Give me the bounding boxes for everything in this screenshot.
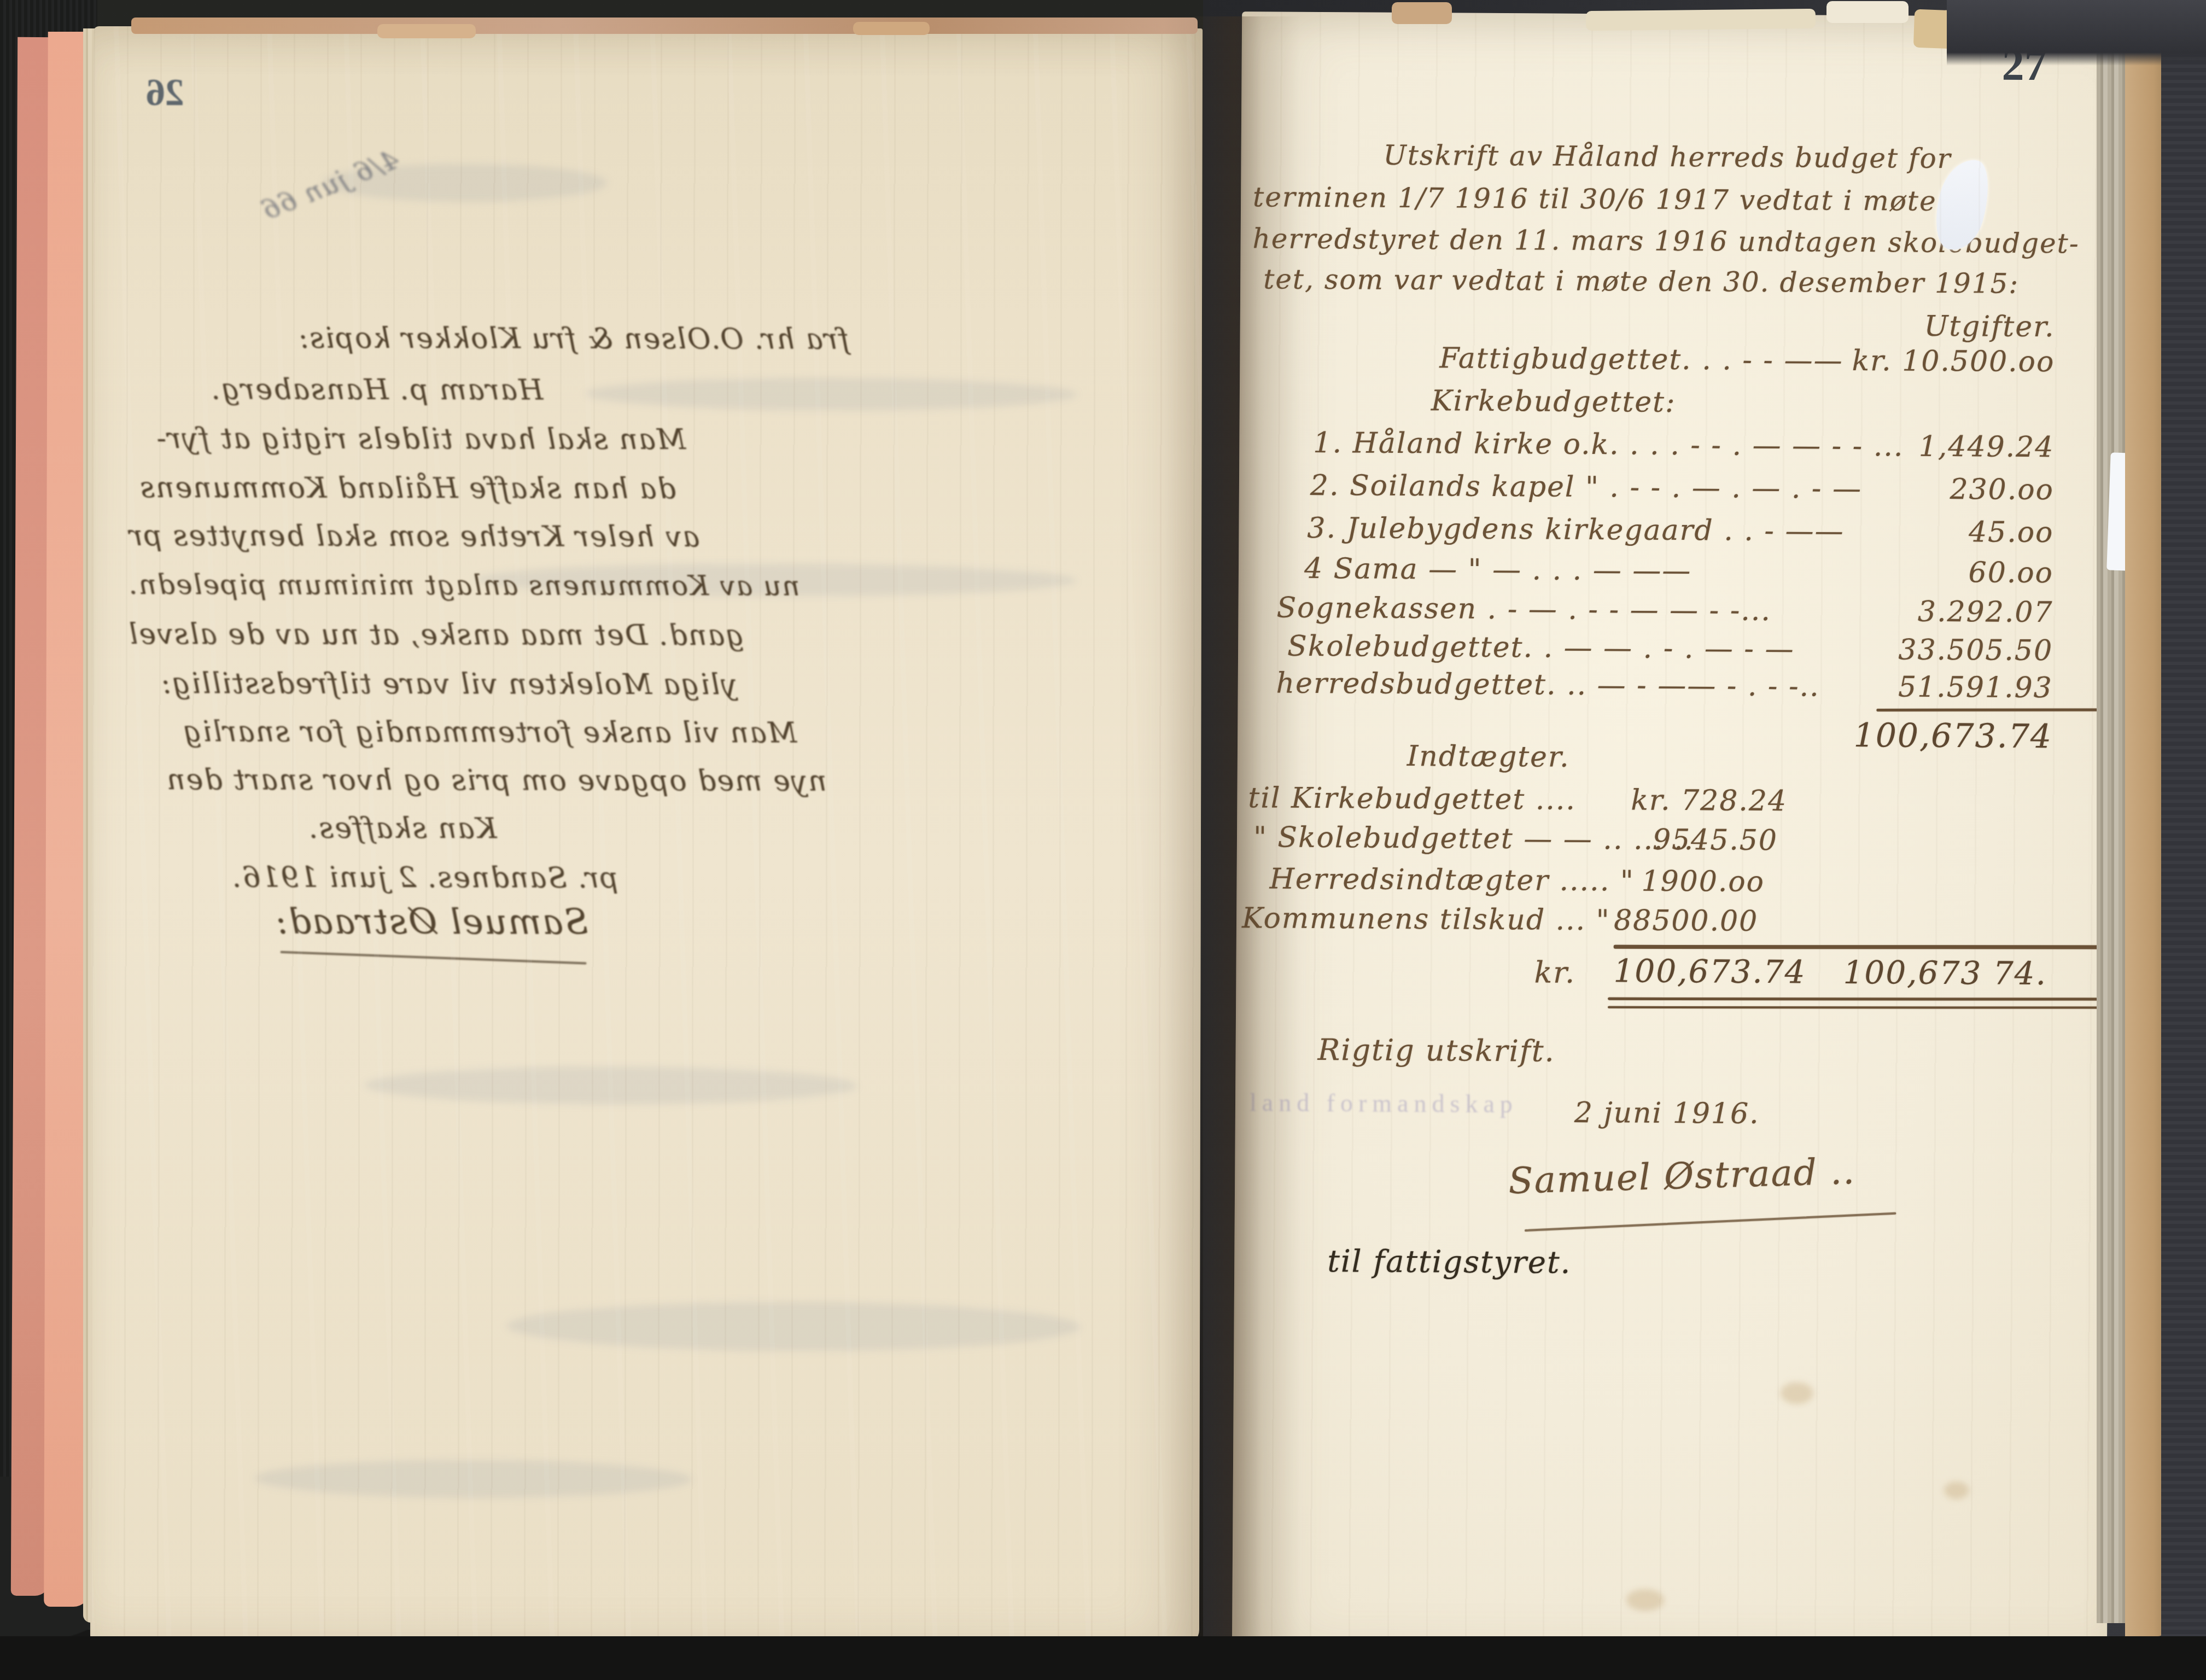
- archival-book-photo: 26 4/6 jun 66 fra hr. O.Olsen & fru Klok…: [0, 0, 2206, 1680]
- expense-row-label: 1. Håland kirke o.k. . . . - - . — — - -…: [1313, 427, 1904, 463]
- foxing-spot: [1626, 1589, 1664, 1611]
- left-page-number: 26: [146, 71, 184, 115]
- right-cover-cloth: [2161, 0, 2206, 1680]
- footer-note: til fattigstyret.: [1327, 1244, 1571, 1281]
- ghost-smudge: [475, 563, 1077, 597]
- expense-row-value: 51.591.93: [1898, 670, 2053, 704]
- expense-row-label: 3. Julebygdens kirkegaard . . - ——: [1307, 512, 1844, 548]
- signature-flourish: [1525, 1212, 1896, 1232]
- grand-total-right: 100,673 74.: [1843, 954, 2047, 992]
- bleedthrough-line: Haram p. Hansaberg.: [211, 373, 544, 406]
- grand-total-rule-1: [1608, 997, 2146, 1001]
- grand-total-currency: kr.: [1534, 955, 1575, 989]
- right-page: 27 Utskrift av Håland herreds budget for…: [1232, 11, 2117, 1665]
- paper-flaw-patch: [1927, 154, 1997, 256]
- ghost-stamp-text: land formandskap: [1250, 1088, 1518, 1118]
- expenses-heading: Utgifter.: [1924, 310, 2055, 343]
- bleedthrough-signature: Samuel Østraad:: [275, 902, 588, 943]
- expense-row-value: kr. 10.500.oo: [1852, 345, 2055, 378]
- expense-row-value: 1,449.24: [1919, 430, 2055, 464]
- expenses-total: 100,673.74: [1853, 716, 2052, 756]
- expense-row-label: Fattigbudgettet. . . - - ——: [1439, 342, 1843, 377]
- table-shadow: [0, 1636, 2206, 1680]
- grand-total-left: 100,673.74: [1613, 952, 1806, 990]
- income-row-label: " Skolebudgettet — — .. ... ..: [1253, 821, 1695, 856]
- bleedthrough-line: da han skaffe Håiland Kommunens: [139, 471, 676, 505]
- ghost-smudge: [506, 1301, 1081, 1351]
- expense-row-label: 4 Sama — " — . . . — ——: [1304, 552, 1692, 587]
- expense-row-label: 2. Soilands kapel " . - - . — . — . - —: [1310, 469, 1862, 505]
- bleedthrough-line: gand. Det maa anske, at nu av de alsvel: [128, 618, 744, 652]
- expense-row-value: 33.505.50: [1898, 633, 2053, 667]
- bleedthrough-line: yliga Molekten vil vare tilfredsstillig:: [161, 667, 737, 701]
- attestation-text: Rigtig utskrift.: [1317, 1032, 1555, 1069]
- income-row-value: 9545.50: [1653, 824, 1778, 857]
- paragraph-line: tet, som var vedtat i møte den 30. desem…: [1263, 263, 2019, 299]
- foxing-spot: [1944, 1481, 1969, 1499]
- income-row-value: 88500.00: [1614, 904, 1758, 938]
- ghost-smudge: [365, 1066, 857, 1105]
- income-row-label: Herredsindtægter ..... ": [1269, 862, 1635, 897]
- income-heading: Indtægter.: [1407, 740, 1570, 774]
- expense-row-label: herredsbudgettet. .. — - —— - . - -..: [1276, 667, 1820, 703]
- income-row-value: kr. 728.24: [1631, 784, 1787, 818]
- cover-top-corner: [1947, 0, 2206, 66]
- ghost-smudge: [254, 1460, 692, 1499]
- grand-total-rule-2: [1608, 1006, 2146, 1009]
- torn-paper-shard: [1586, 9, 1816, 31]
- corner-note-bleedthrough: 4/6 jun 66: [257, 144, 403, 226]
- income-row-label: til Kirkebudgettet ....: [1248, 781, 1576, 816]
- left-page: 26 4/6 jun 66 fra hr. O.Olsen & fru Klok…: [90, 26, 1203, 1646]
- expense-row-label: Skolebudgettet. . — — . - . — - —: [1287, 630, 1795, 666]
- paragraph-line: terminen 1/7 1916 til 30/6 1917 vedtat i…: [1253, 181, 1981, 217]
- bleedthrough-line: pr. Sandnes. 2 juni 1916.: [231, 861, 618, 894]
- right-page-torn-edge: [2097, 32, 2128, 1623]
- bleedthrough-line: nu av Kommunens anlagt minimum pipeledn.: [128, 569, 800, 602]
- cover-board-edge: [2125, 28, 2166, 1636]
- ghost-smudge: [585, 377, 1077, 411]
- paragraph-line: Utskrift av Håland herreds budget for: [1383, 139, 1951, 174]
- date-text: 2 juni 1916.: [1574, 1096, 1760, 1130]
- torn-paper-shard: [853, 22, 930, 35]
- paragraph-line: herredstyret den 11. mars 1916 undtagen …: [1253, 223, 2080, 259]
- bleedthrough-line: av heler Krethe som skal benyttes pr: [128, 520, 699, 553]
- expense-row-label: Kirkebudgettet:: [1431, 384, 1676, 419]
- bleedthrough-line: nye med opgave om pris og hvor snart den: [166, 763, 827, 798]
- expense-row-value: 230.oo: [1950, 473, 2054, 506]
- bleedthrough-line: Kan skaffes.: [308, 812, 497, 845]
- bleedthrough-signature-flourish: [281, 951, 587, 965]
- foxing-spot: [1781, 1382, 1813, 1404]
- expense-row-value: 60.oo: [1968, 556, 2053, 590]
- ghost-smudge: [323, 164, 607, 202]
- signature-text: Samuel Østraad ..: [1508, 1150, 1856, 1202]
- torn-paper-shard: [1826, 1, 1909, 23]
- income-row-value: 1900.oo: [1641, 865, 1765, 899]
- torn-paper-shard: [1392, 2, 1452, 24]
- bleedthrough-line: Man vil anske fortemmandig for snarlig: [182, 715, 797, 749]
- expense-row-value: 45.oo: [1969, 516, 2054, 549]
- torn-edge-strip: [131, 17, 1198, 34]
- torn-paper-shard: [377, 24, 476, 38]
- income-row-label: Kommunens tilskud ... ": [1242, 902, 1610, 937]
- expense-row-label: Sognekassen . - — . - - — — - -...: [1276, 592, 1771, 628]
- bleedthrough-line: Man skal hava tildels rigtig at fyr-: [155, 422, 686, 456]
- income-subtotal-rule: [1614, 945, 2139, 949]
- expense-row-value: 3.292.07: [1918, 596, 2053, 629]
- bleedthrough-line: fra hr. O.Olsen & fru Klokker kopis:: [298, 322, 849, 356]
